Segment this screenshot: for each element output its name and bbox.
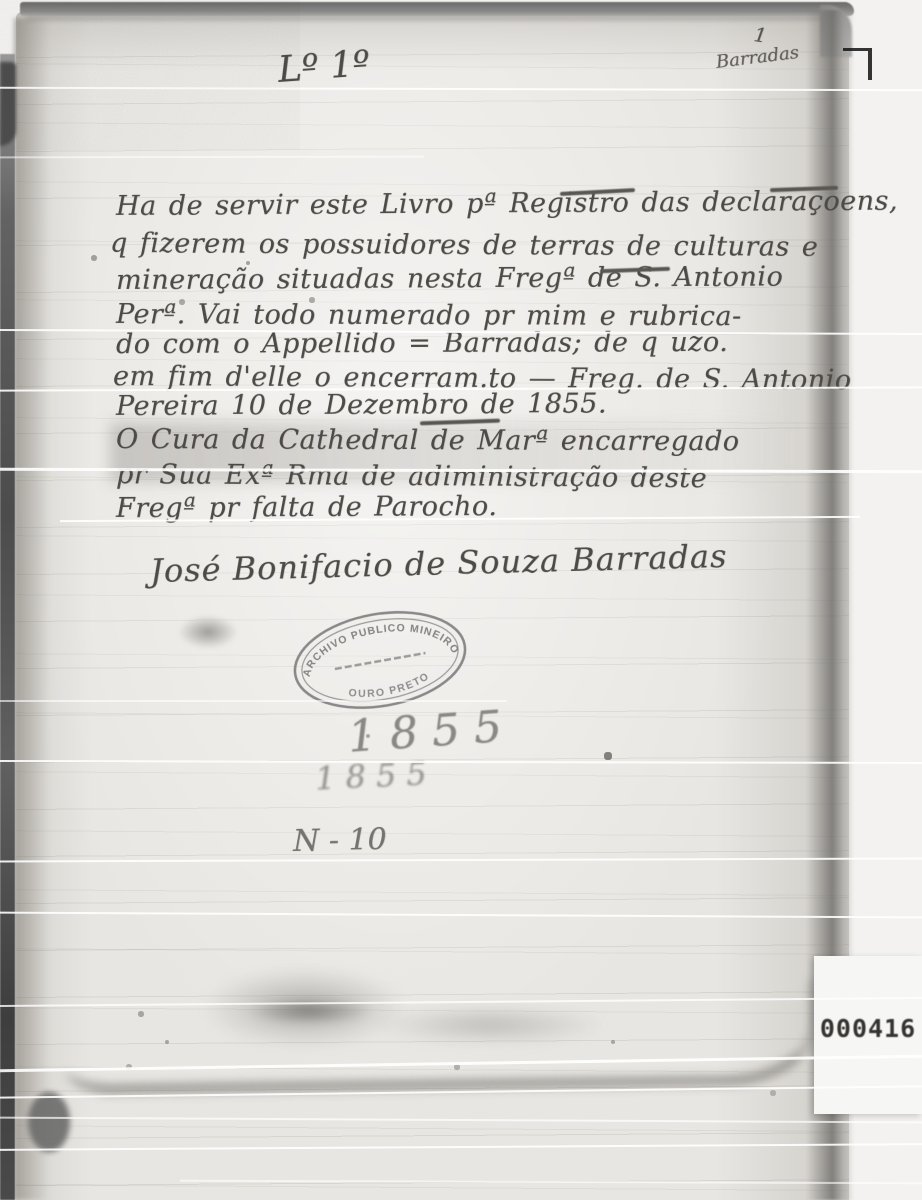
manuscript-line: O Cura da Cathedral de Marª encarregado bbox=[116, 424, 740, 457]
bottom-left-smudge bbox=[28, 1092, 70, 1152]
top-scan-edge-soft bbox=[26, 15, 844, 21]
manuscript-line: Pereira 10 de Dezembro de 1855. bbox=[116, 388, 607, 422]
book-spine-edge bbox=[0, 54, 15, 1200]
scan-streak bbox=[0, 700, 507, 702]
page-bottom-shadow bbox=[64, 980, 817, 1094]
registration-bracket-mark bbox=[843, 48, 872, 80]
page-heading: Lº 1º bbox=[277, 44, 372, 91]
archive-label: 000416 bbox=[814, 956, 922, 1114]
manuscript-line: q fizerem os possuidores de terras de cu… bbox=[110, 228, 818, 263]
number-annotation: N - 10 bbox=[293, 822, 387, 859]
archive-label-number: 000416 bbox=[814, 1014, 922, 1043]
manuscript-line: pr Sua Exª Rma de adiministração deste bbox=[116, 459, 707, 494]
manuscript-line: mineração situadas nesta Fregª de S. Ant… bbox=[116, 262, 783, 296]
top-scan-edge bbox=[20, 2, 854, 16]
scanned-manuscript-page: 1 Lº 1º Barradas Ha de servir este Livro… bbox=[0, 0, 922, 1200]
svg-text:ARCHIVO PUBLICO MINEIRO: ARCHIVO PUBLICO MINEIRO bbox=[294, 610, 462, 682]
binding-gutter-shadow bbox=[14, 18, 50, 1200]
stain bbox=[178, 615, 238, 649]
stamp-middle-dashes bbox=[335, 653, 426, 669]
spine-dark-blob bbox=[0, 62, 16, 146]
stamp-arc-top-text: ARCHIVO PUBLICO MINEIRO bbox=[294, 610, 462, 682]
ink-specks bbox=[0, 0, 2, 2]
